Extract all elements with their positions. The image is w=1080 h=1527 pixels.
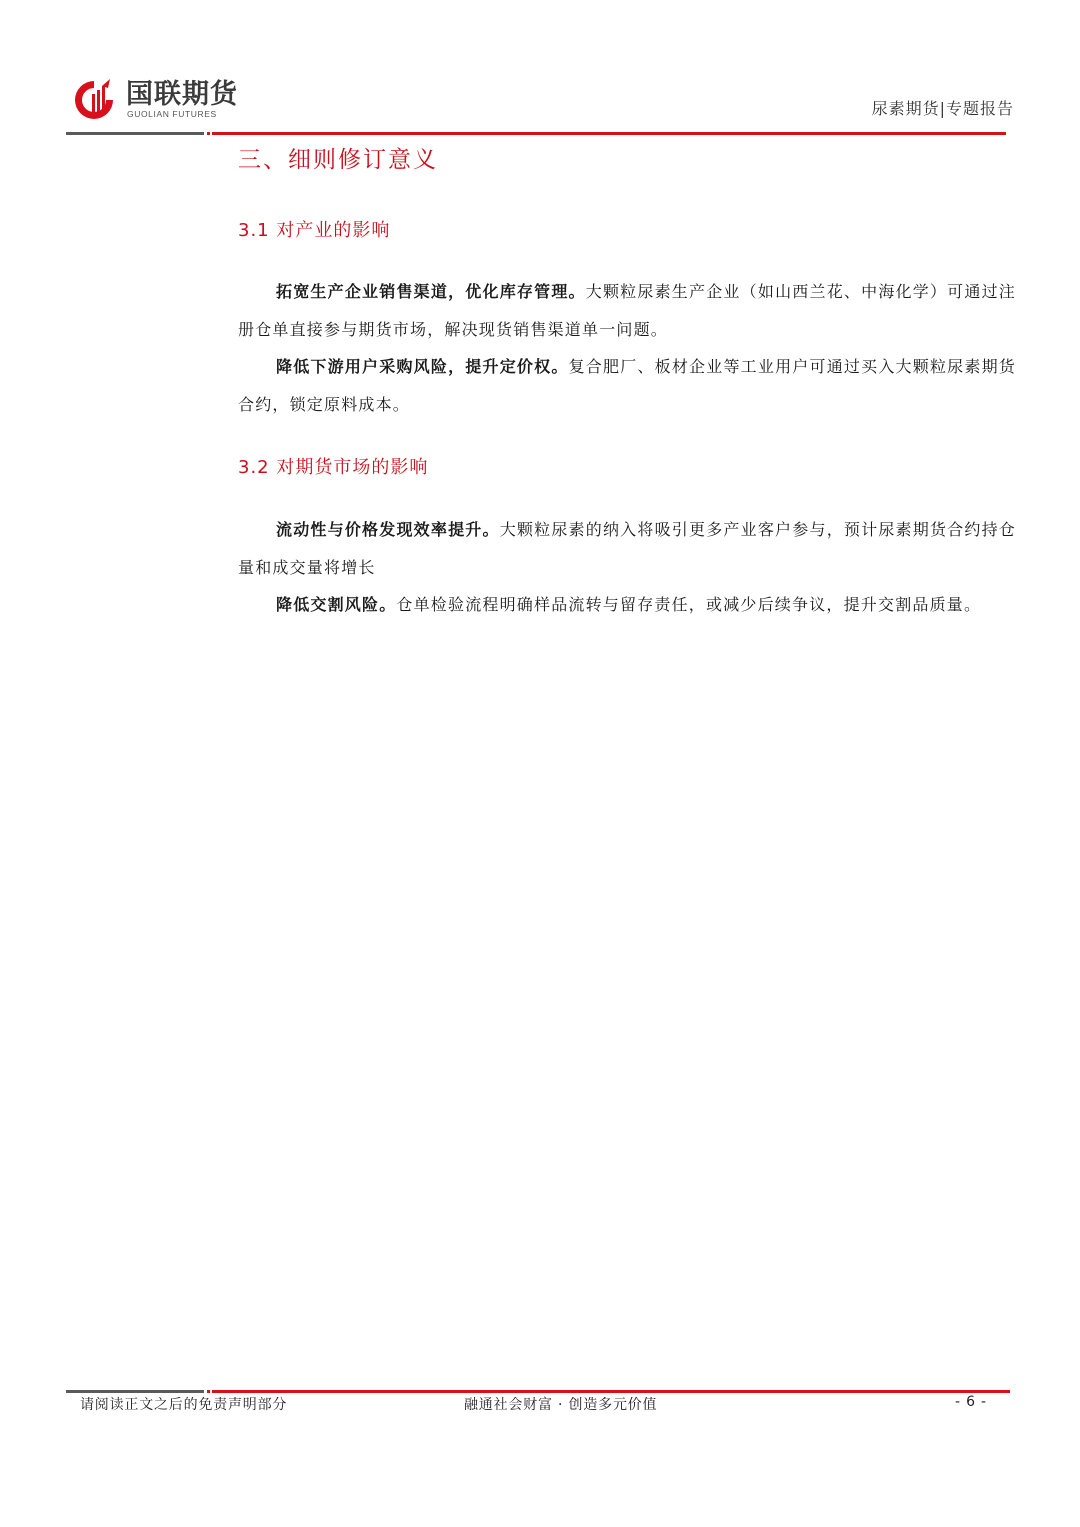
- paragraph-lead: 降低下游用户采购风险，提升定价权。: [276, 357, 569, 376]
- paragraph: 降低交割风险。仓单检验流程明确样品流转与留存责任，或减少后续争议，提升交割品质量…: [238, 586, 1016, 624]
- footer-slogan: 融通社会财富 · 创造多元价值: [464, 1394, 657, 1414]
- logo-mark-icon: [72, 78, 116, 122]
- logo-chinese-name: 国联期货: [126, 80, 238, 110]
- report-type-label: 尿素期货|专题报告: [872, 96, 1014, 119]
- paragraph-lead: 降低交割风险。: [276, 595, 396, 614]
- paragraph-lead: 拓宽生产企业销售渠道，优化库存管理。: [276, 282, 586, 301]
- paragraph: 拓宽生产企业销售渠道，优化库存管理。大颗粒尿素生产企业（如山西兰花、中海化学）可…: [238, 273, 1016, 348]
- paragraph-body: 仓单检验流程明确样品流转与留存责任，或减少后续争议，提升交割品质量。: [396, 595, 981, 614]
- section-title: 三、细则修订意义: [238, 141, 438, 174]
- paragraph: 流动性与价格发现效率提升。大颗粒尿素的纳入将吸引更多产业客户参与，预计尿素期货合…: [238, 511, 1016, 586]
- logo-english-name: GUOLIAN FUTURES: [127, 109, 217, 119]
- subsection-heading-3-2: 3.2 对期货市场的影响: [238, 453, 428, 479]
- footer-disclaimer: 请阅读正文之后的免责声明部分: [80, 1394, 287, 1414]
- paragraph-lead: 流动性与价格发现效率提升。: [276, 520, 500, 539]
- subsection-heading-3-1: 3.1 对产业的影响: [238, 216, 390, 242]
- footer-divider: [66, 1390, 1010, 1393]
- company-logo: 国联期货 GUOLIAN FUTURES: [72, 76, 252, 126]
- page-number: - 6 -: [955, 1394, 987, 1410]
- header-divider: [66, 132, 1006, 135]
- paragraph: 降低下游用户采购风险，提升定价权。复合肥厂、板材企业等工业用户可通过买入大颗粒尿…: [238, 348, 1016, 423]
